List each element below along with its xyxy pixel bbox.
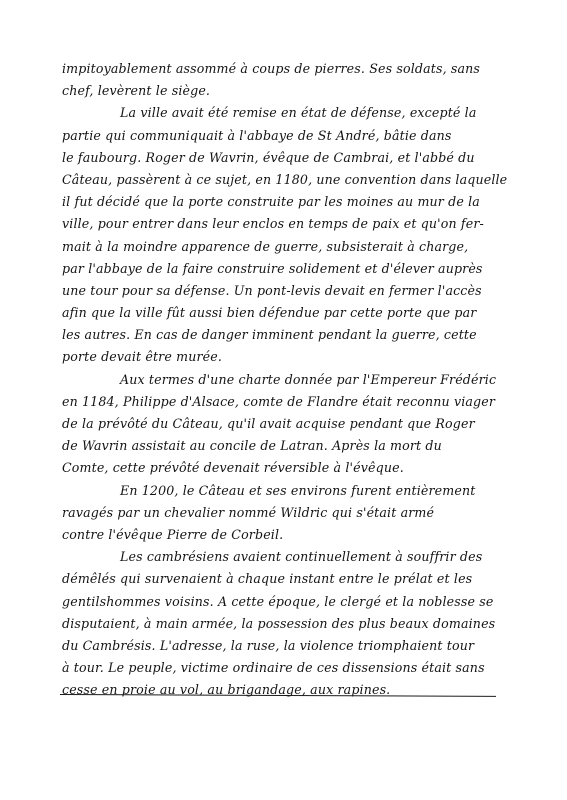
text-line: les autres. En cas de danger imminent pe…	[62, 324, 522, 346]
manuscript-page: impitoyablement assommé à coups de pierr…	[0, 0, 567, 800]
text-line: le faubourg. Roger de Wavrin, évêque de …	[62, 147, 522, 169]
text-line: impitoyablement assommé à coups de pierr…	[62, 58, 522, 80]
text-line: chef, levèrent le siège.	[62, 80, 522, 102]
text-line: en 1184, Philippe d'Alsace, comte de Fla…	[62, 391, 522, 413]
handwritten-text-body: impitoyablement assommé à coups de pierr…	[62, 58, 522, 701]
text-line: porte devait être murée.	[62, 346, 522, 368]
text-line: cesse en proie au vol, au brigandage, au…	[62, 679, 522, 701]
text-line: gentilshommes voisins. A cette époque, l…	[62, 591, 522, 613]
text-line: ravagés par un chevalier nommé Wildric q…	[62, 502, 522, 524]
paragraph-first-line: Les cambrésiens avaient continuellement …	[62, 546, 522, 568]
text-line: démêlés qui survenaient à chaque instant…	[62, 568, 522, 590]
text-line: afin que la ville fût aussi bien défendu…	[62, 302, 522, 324]
text-line: de la prévôté du Câteau, qu'il avait acq…	[62, 413, 522, 435]
paragraph-first-line: En 1200, le Câteau et ses environs furen…	[62, 480, 522, 502]
text-line: du Cambrésis. L'adresse, la ruse, la vio…	[62, 635, 522, 657]
text-line: ville, pour entrer dans leur enclos en t…	[62, 213, 522, 235]
paragraph-first-line: La ville avait été remise en état de déf…	[62, 102, 522, 124]
text-line: contre l'évêque Pierre de Corbeil.	[62, 524, 522, 546]
text-line: Câteau, passèrent à ce sujet, en 1180, u…	[62, 169, 522, 191]
text-line: de Wavrin assistait au concile de Latran…	[62, 435, 522, 457]
text-line: partie qui communiquait à l'abbaye de St…	[62, 125, 522, 147]
text-line: Comte, cette prévôté devenait réversible…	[62, 457, 522, 479]
text-line: par l'abbaye de la faire construire soli…	[62, 258, 522, 280]
text-line: disputaient, à main armée, la possession…	[62, 613, 522, 635]
text-line: à tour. Le peuple, victime ordinaire de …	[62, 657, 522, 679]
text-line: il fut décidé que la porte construite pa…	[62, 191, 522, 213]
paragraph-first-line: Aux termes d'une charte donnée par l'Emp…	[62, 369, 522, 391]
text-line: mait à la moindre apparence de guerre, s…	[62, 236, 522, 258]
text-line: une tour pour sa défense. Un pont-levis …	[62, 280, 522, 302]
